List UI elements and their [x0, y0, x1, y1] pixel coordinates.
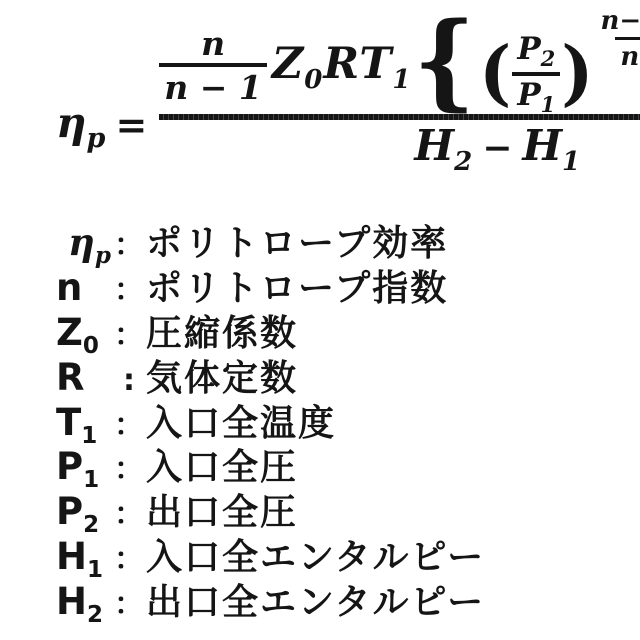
coef-fraction-numerator: n [196, 27, 230, 63]
legend-symbol: Z0 [56, 314, 112, 358]
legend-definition-text: ポリトロープ効率 [146, 226, 448, 262]
legend-symbol: R [56, 359, 112, 403]
eta-symbol: η [56, 98, 87, 147]
p1-term: P1 [512, 72, 560, 115]
legend-symbol: H2 [56, 583, 112, 627]
legend-symbol-letter: η [68, 220, 95, 264]
document-page: ηp = n n − 1 Z0RT1 { ( P2 P1 ) [0, 0, 640, 640]
eta-p-symbol: ηp [56, 102, 105, 152]
legend-symbol-letter: P [56, 445, 83, 488]
legend-definition-text: 入口全圧 [146, 450, 298, 486]
legend-row: P2 ： 出口全圧 [56, 493, 485, 538]
legend-row: P1 ： 入口全圧 [56, 448, 485, 493]
fraction-denominator: H2−H1 [414, 125, 580, 175]
legend-symbol-letter: Z [56, 311, 83, 354]
legend-symbol-subscript: 1 [87, 557, 103, 583]
legend-definition-text: ポリトロープ指数 [146, 271, 448, 307]
fraction-numerator: n n − 1 Z0RT1 { ( P2 P1 ) n−1 [159, 10, 640, 112]
z0-r-t1-term: Z0RT1 [272, 43, 412, 93]
coef-fraction-denominator: n − 1 [159, 63, 267, 104]
equals-sign: = [115, 106, 147, 144]
legend-row: Z0 ： 圧縮係数 [56, 314, 485, 359]
legend-symbol: T1 [56, 404, 112, 448]
left-paren: ( [479, 42, 511, 106]
legend-definition-text: 出口全エンタルピー [146, 585, 485, 621]
h2-subscript: 2 [454, 147, 472, 177]
legend-colon: ： [112, 590, 146, 620]
r-symbol: R [323, 39, 359, 89]
h2-symbol: H [414, 121, 454, 170]
legend-symbol-subscript: 0 [83, 333, 99, 359]
eta-subscript: p [87, 123, 106, 154]
legend-colon: ： [112, 411, 146, 441]
h1-symbol: H [522, 121, 562, 170]
right-paren: ) [561, 42, 593, 106]
legend-symbol: P1 [56, 448, 112, 492]
pressure-ratio-power-term: ( P2 P1 ) n−1 n [479, 8, 640, 115]
exponent-numerator: n−1 [595, 8, 640, 37]
legend-row: ηp ： ポリトロープ効率 [56, 224, 485, 269]
legend-definition-text: 気体定数 [146, 361, 298, 397]
legend-row: H2 ： 出口全エンタルピー [56, 583, 485, 628]
legend-symbol-subscript: 1 [83, 467, 99, 493]
polytropic-efficiency-equation: ηp = n n − 1 Z0RT1 { ( P2 P1 ) [56, 10, 640, 175]
legend-symbol-letter: P [56, 490, 83, 533]
legend-definition-text: 圧縮係数 [146, 316, 298, 352]
legend-symbol-letter: R [56, 356, 85, 399]
legend-colon: ： [112, 455, 146, 485]
legend-colon: ： [112, 321, 146, 351]
legend-definition-text: 入口全エンタルピー [146, 540, 485, 576]
p2-symbol: P [517, 31, 540, 67]
legend-symbol-subscript: 1 [81, 423, 97, 449]
p2-over-p1-fraction: P2 P1 [512, 34, 560, 115]
legend-colon: ： [112, 231, 146, 261]
legend-colon: : [112, 366, 146, 396]
p1-subscript: 1 [541, 92, 556, 117]
t-subscript: 1 [392, 65, 411, 95]
z-subscript: 0 [304, 65, 323, 95]
legend-row: H1 ： 入口全エンタルピー [56, 538, 485, 583]
legend-row: n ： ポリトロープ指数 [56, 269, 485, 314]
legend-colon: ： [112, 545, 146, 575]
t-symbol: T [359, 39, 392, 89]
h1-subscript: 1 [562, 147, 580, 177]
legend-symbol-letter: n [56, 266, 82, 309]
main-fraction: n n − 1 Z0RT1 { ( P2 P1 ) n−1 [159, 10, 640, 175]
legend-symbol-letter: H [56, 535, 87, 578]
legend-symbol-letter: H [56, 580, 87, 623]
legend-row: T1 ： 入口全温度 [56, 404, 485, 449]
n-over-n-minus-1-fraction: n n − 1 [159, 27, 267, 104]
legend-symbol-letter: T [56, 401, 81, 444]
legend-definition-text: 出口全圧 [146, 495, 298, 531]
legend-colon: ： [112, 500, 146, 530]
minus-operator: − [472, 127, 522, 169]
exponent-fraction: n−1 n [595, 8, 640, 70]
pressure-ratio-group: ( P2 P1 ) [479, 34, 593, 115]
legend-symbol: ηp [56, 224, 112, 267]
legend-definition-text: 入口全温度 [146, 406, 336, 442]
exponent-denominator: n [615, 37, 640, 70]
z-symbol: Z [272, 39, 304, 89]
left-brace: { [413, 12, 475, 110]
p2-term: P2 [512, 34, 560, 72]
p1-symbol: P [517, 77, 540, 113]
legend-symbol-subscript: 2 [87, 602, 103, 628]
legend-colon: ： [112, 276, 146, 306]
p2-subscript: 2 [541, 46, 556, 71]
symbol-legend: ηp ： ポリトロープ効率 n ： ポリトロープ指数 Z0 ： 圧縮係数 R :… [56, 224, 485, 628]
legend-symbol: n [56, 269, 112, 313]
legend-symbol-subscript: p [95, 242, 111, 269]
legend-row: R : 気体定数 [56, 359, 485, 404]
legend-symbol: P2 [56, 493, 112, 537]
legend-symbol: H1 [56, 538, 112, 582]
